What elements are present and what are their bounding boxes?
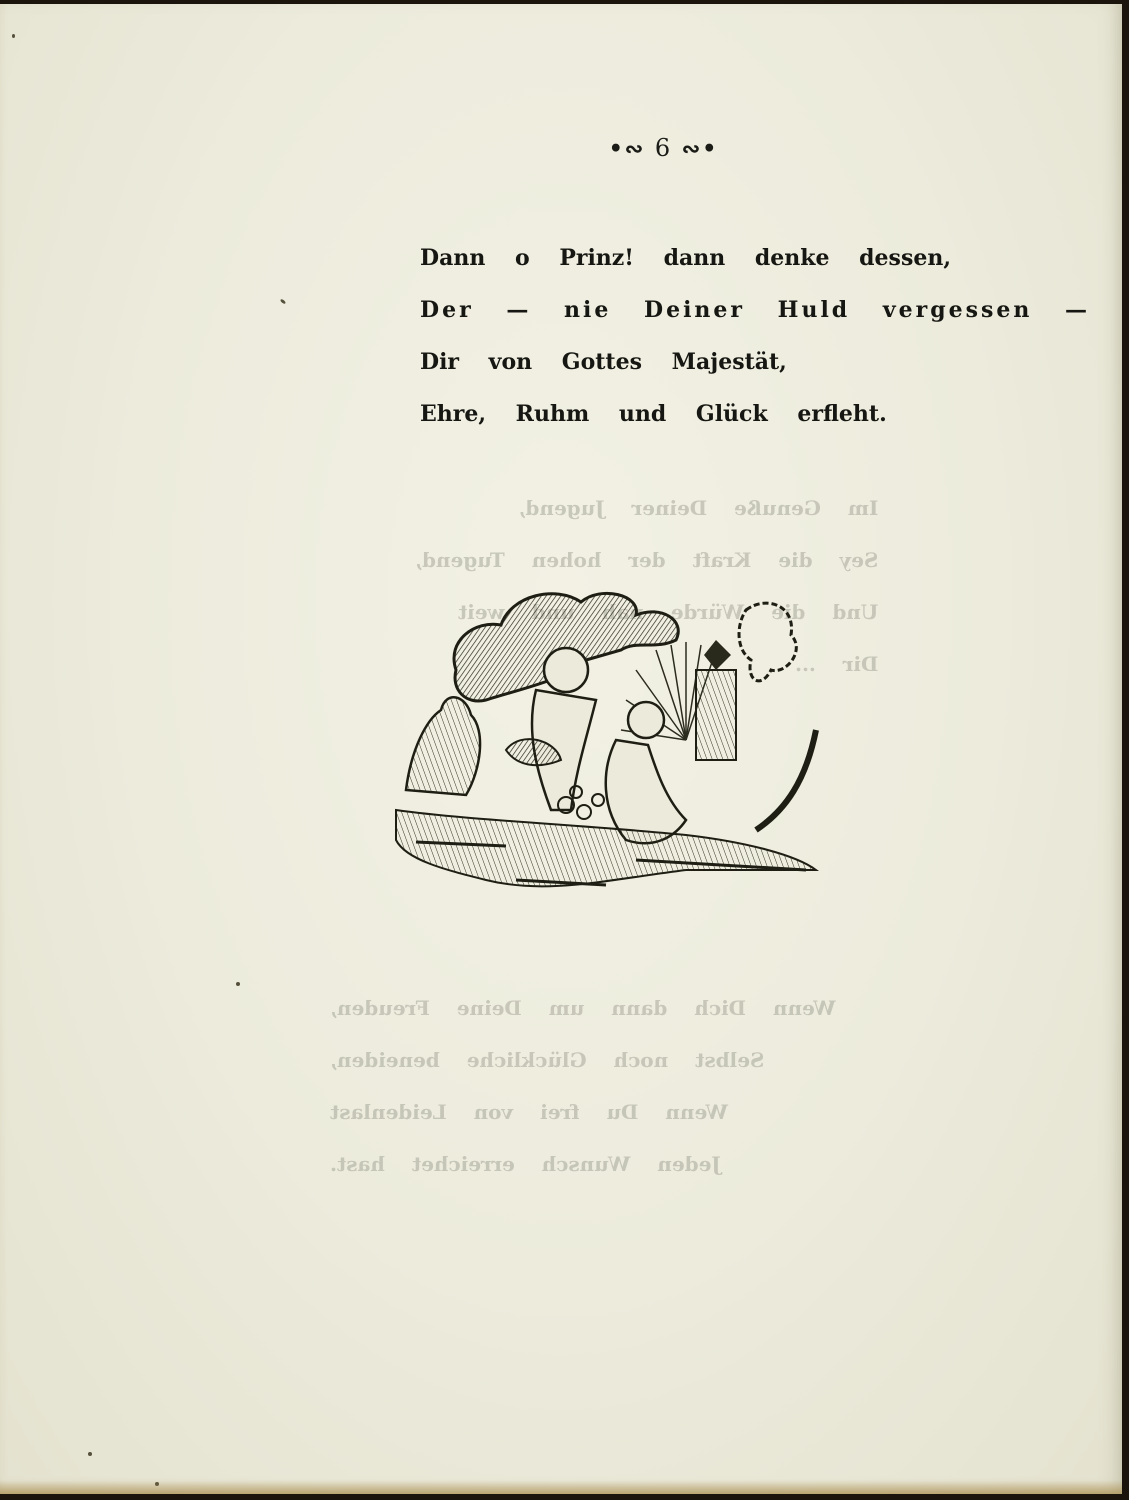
show-through-line: Sey die Kraft der hohen Tugend, — [415, 534, 878, 586]
paper-speck — [236, 982, 240, 986]
verse-line-2: Der — nie Deiner Huld vergessen — — [420, 284, 1090, 336]
book-page: •∾ 6 ∾• Im Genuße Deiner Jugend, Sey die… — [0, 4, 1122, 1494]
page-number: 6 — [655, 134, 672, 162]
show-through-lower: Wenn Dich dann um Deine Freuden, Selbst … — [330, 982, 870, 1190]
verse-line-1: Dann o Prinz! dann denke dessen, — [420, 232, 1090, 284]
paper-speck — [88, 1452, 92, 1456]
page-number-header: •∾ 6 ∾• — [596, 134, 731, 162]
paper-speck — [155, 1482, 159, 1486]
right-ornament-icon: ∾• — [682, 136, 719, 162]
show-through-line: Im Genuße Deiner Jugend, — [415, 482, 878, 534]
cherubs-illustration-icon — [386, 580, 828, 900]
show-through-line: Selbst noch Glückliche beneiden, — [330, 1034, 870, 1086]
paper-speck — [280, 298, 287, 304]
verse-line-3: Dir von Gottes Majestät, — [420, 336, 1090, 388]
show-through-line: Wenn Du frei von Leidenlast — [330, 1086, 870, 1138]
woodcut-vignette — [386, 580, 828, 900]
show-through-line: Wenn Dich dann um Deine Freuden, — [330, 982, 870, 1034]
show-through-line: Jeden Wunsch erreichet hast. — [330, 1138, 870, 1190]
verse-line-4: Ehre, Ruhm und Glück erfleht. — [420, 388, 1090, 440]
verse-stanza: Dann o Prinz! dann denke dessen, Der — n… — [420, 232, 1090, 440]
paper-speck — [12, 34, 15, 38]
left-ornament-icon: •∾ — [609, 136, 646, 162]
